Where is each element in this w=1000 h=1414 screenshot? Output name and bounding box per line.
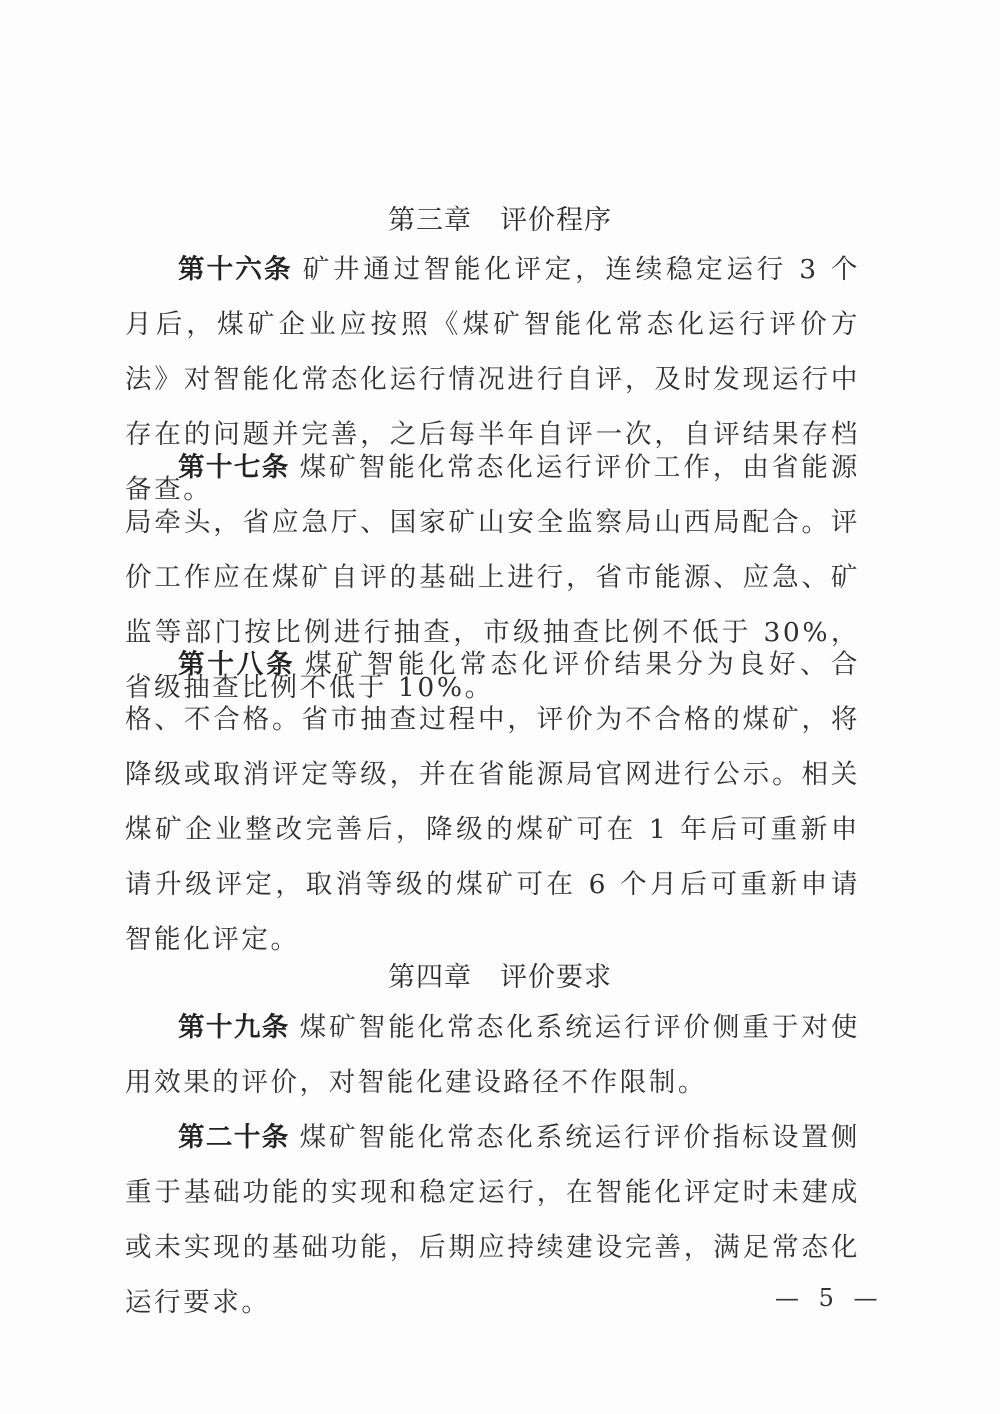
article-label: 第十八条 (178, 649, 295, 680)
article-text: 煤矿智能化常态化评价结果分为良好、合格、不合格。省市抽查过程中，评价为不合格的煤… (125, 649, 860, 955)
article-20: 第二十条煤矿智能化常态化系统运行评价指标设置侧重于基础功能的实现和稳定运行，在智… (125, 1110, 860, 1330)
document-page: 第三章 评价程序 第十六条矿井通过智能化评定，连续稳定运行 3 个月后，煤矿企业… (0, 0, 1000, 1414)
page-number: — 5 — (775, 1284, 884, 1312)
article-label: 第十九条 (178, 1012, 290, 1043)
chapter-title: 第三章 评价程序 (0, 198, 1000, 237)
article-label: 第二十条 (178, 1122, 290, 1153)
chapter-title: 第四章 评价要求 (0, 955, 1000, 994)
article-label: 第十七条 (178, 452, 290, 483)
article-18: 第十八条煤矿智能化常态化评价结果分为良好、合格、不合格。省市抽查过程中，评价为不… (125, 637, 860, 967)
article-19: 第十九条煤矿智能化常态化系统运行评价侧重于对使用效果的评价，对智能化建设路径不作… (125, 1000, 860, 1110)
article-label: 第十六条 (178, 254, 293, 285)
